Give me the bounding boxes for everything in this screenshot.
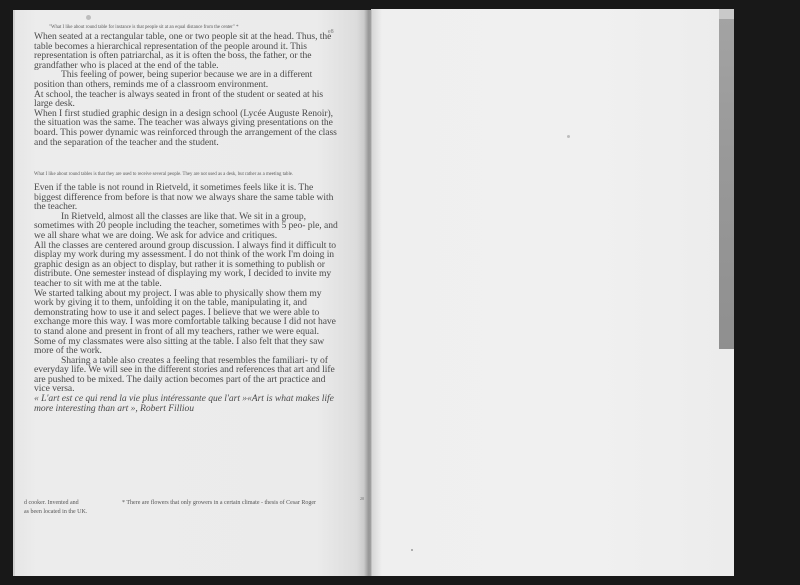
footnote-left-line: d cooker. Invented and (24, 499, 114, 508)
gray-image-strip (719, 19, 734, 349)
paper-speck (86, 15, 91, 20)
paper-speck (567, 135, 570, 138)
book-spine (364, 10, 372, 576)
paragraph: In Rietveld, almost all the classes are … (34, 212, 338, 241)
body-section-2: Even if the table is not round in Rietve… (34, 183, 338, 413)
quote: « L'art est ce qui rend la vie plus inté… (34, 394, 338, 413)
paragraph: Even if the table is not round in Rietve… (34, 183, 338, 212)
footnote-left: d cooker. Invented and as been located i… (24, 499, 114, 517)
left-page: "What I like about round table for insta… (15, 10, 371, 576)
mid-note: What I like about round tables is that t… (34, 172, 319, 177)
body-section-1: When seated at a rectangular table, one … (34, 32, 338, 147)
footnote-left-line: as been located in the UK. (24, 508, 114, 517)
paragraph: All the classes are centered around grou… (34, 241, 338, 289)
paragraph: Sharing a table also creates a feeling t… (34, 356, 338, 394)
paper-speck (411, 549, 413, 551)
header-note-text: "What I like about round table for insta… (49, 25, 238, 30)
paragraph: At school, the teacher is always seated … (34, 90, 338, 109)
footnote-right: * There are flowers that only growers in… (122, 499, 316, 508)
mid-note-text: What I like about round tables is that t… (34, 172, 293, 177)
paragraph: When seated at a rectangular table, one … (34, 32, 338, 70)
right-page (371, 9, 734, 576)
header-note: "What I like about round table for insta… (49, 25, 329, 30)
paragraph: When I first studied graphic design in a… (34, 109, 338, 147)
paragraph: We started talking about my project. I w… (34, 289, 338, 356)
paragraph: This feeling of power, being superior be… (34, 70, 338, 89)
